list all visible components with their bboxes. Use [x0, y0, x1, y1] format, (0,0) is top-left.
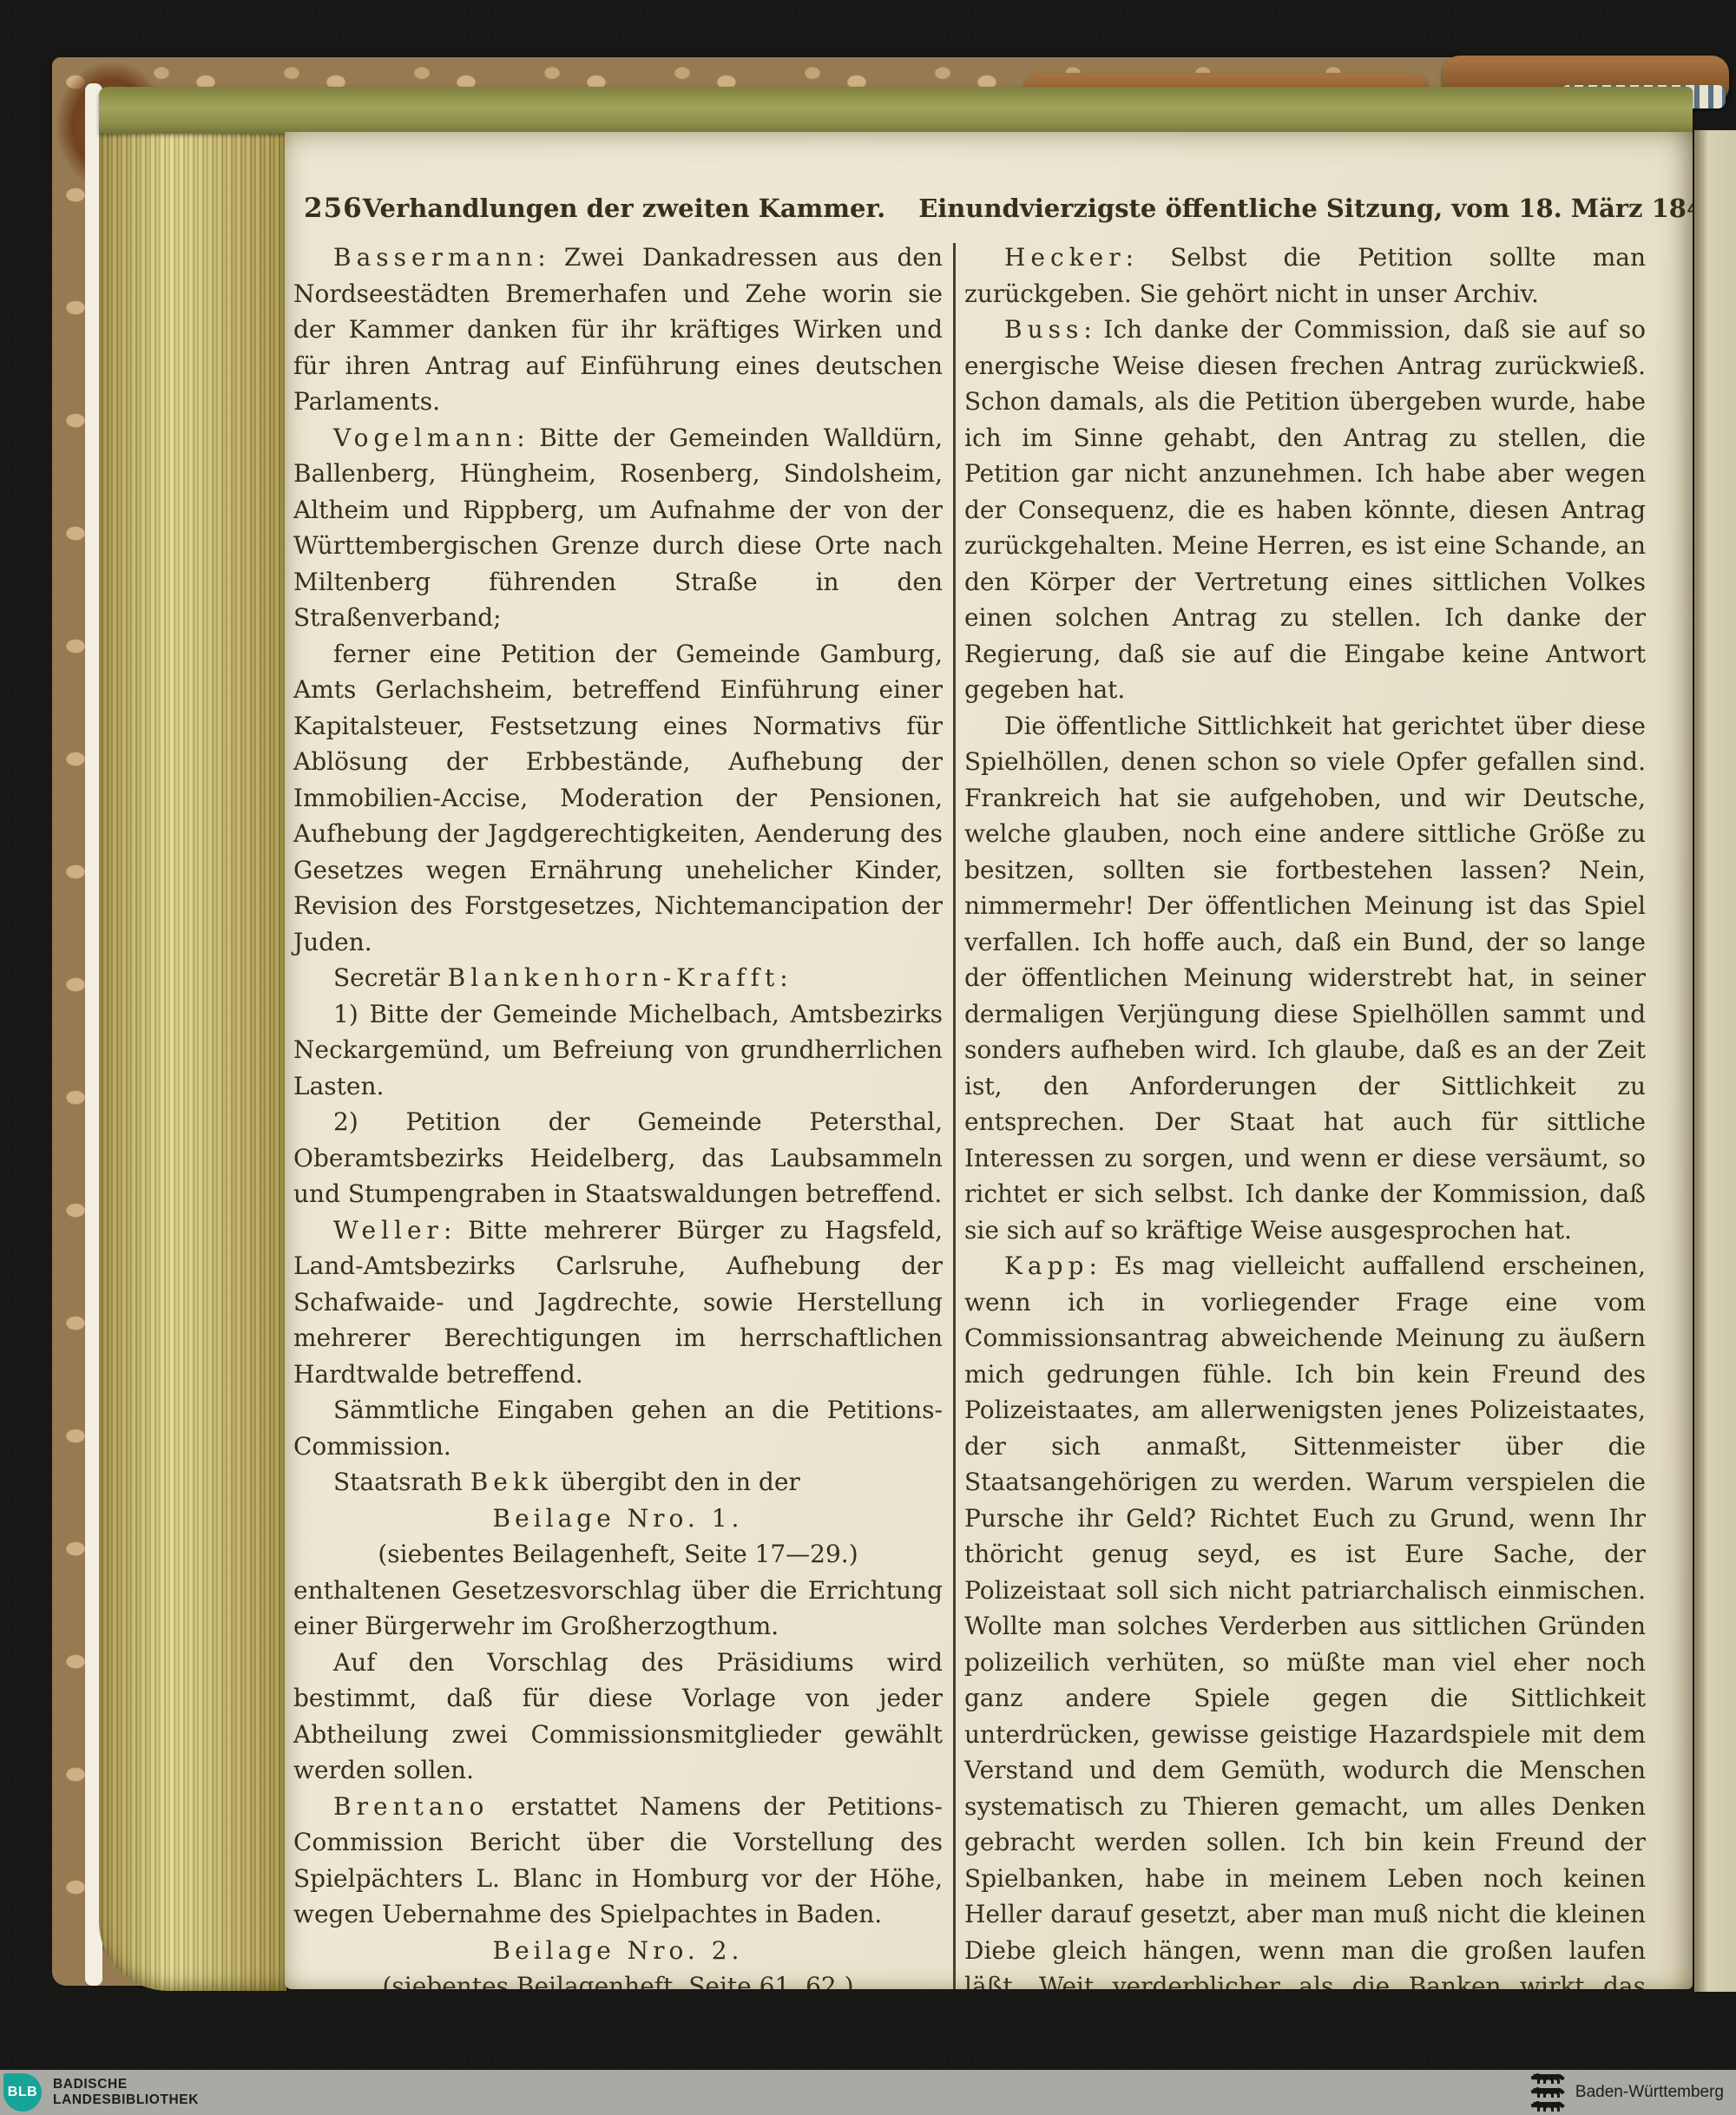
- paragraph-text: Beilage Nro. 2.: [493, 1936, 744, 1965]
- speaker-name: Brentano: [333, 1792, 489, 1821]
- page-number: 256: [304, 193, 363, 224]
- paragraph-text: ferner eine Petition der Gemeinde Gambur…: [293, 640, 943, 956]
- speaker-name: Hecker: [1004, 243, 1126, 272]
- speaker-name: Weller: [333, 1216, 444, 1245]
- baden-wuerttemberg-coat-of-arms-icon: [1530, 2072, 1567, 2112]
- paragraph: Auf den Vorschlag des Präsidiums wird be…: [293, 1645, 943, 1789]
- column-divider: [953, 243, 956, 1989]
- paragraph-text: enthaltenen Gesetzesvorschlag über die E…: [293, 1576, 943, 1641]
- paragraph: Buss: Ich danke der Commission, daß sie …: [964, 312, 1646, 708]
- speaker-name: Vogelmann: [333, 424, 516, 452]
- paragraph-text: :: [779, 963, 787, 992]
- paragraph-text: Auf den Vorschlag des Präsidiums wird be…: [293, 1648, 943, 1785]
- paragraph-text: : Bitte der Gemeinden Walldürn, Ballenbe…: [293, 424, 943, 633]
- book-page-top-edge: [99, 87, 1693, 134]
- state-brand: Baden-Württemberg: [1530, 2072, 1736, 2112]
- paragraph-text: : Ich danke der Commission, daß sie auf …: [964, 315, 1646, 704]
- paragraph: Hecker: Selbst die Petition sollte man z…: [964, 240, 1646, 312]
- state-name: Baden-Württemberg: [1575, 2083, 1724, 2102]
- paragraph-text: : Es mag vielleicht auffallend erscheine…: [964, 1251, 1646, 1989]
- speaker-name: Bassermann: [333, 243, 537, 272]
- library-name-line2: LANDESBIBLIOTHEK: [53, 2092, 199, 2108]
- speaker-name: Blankenhorn-Krafft: [448, 963, 780, 992]
- paragraph: Secretär Blankenhorn-Krafft:: [293, 960, 943, 996]
- text-columns: Bassermann: Zwei Dankadressen aus den No…: [293, 240, 1646, 1989]
- paragraph: (siebentes Beilagenheft, Seite 17—29.): [293, 1536, 943, 1573]
- paragraph-text: (siebentes Beilagenheft, Seite 17—29.): [378, 1540, 858, 1568]
- paragraph-text: 2) Petition der Gemeinde Petersthal, Obe…: [293, 1107, 943, 1208]
- page-header: 256 Verhandlungen der zweiten Kammer. Ei…: [285, 132, 1693, 224]
- paragraph-text: Die öffentliche Sittlichkeit hat gericht…: [964, 712, 1646, 1245]
- speaker-name: Kapp: [1004, 1251, 1088, 1280]
- speaker-prefix: Secretär: [333, 963, 448, 992]
- paragraph: Bassermann: Zwei Dankadressen aus den No…: [293, 240, 943, 420]
- book-gutter-page: [1694, 130, 1736, 1992]
- paragraph: Staatsrath Bekk übergibt den in der: [293, 1464, 943, 1501]
- running-title: Verhandlungen der zweiten Kammer. Einund…: [363, 194, 1693, 223]
- paragraph: 1) Bitte der Gemeinde Michelbach, Amtsbe…: [293, 996, 943, 1105]
- paragraph: Vogelmann: Bitte der Gemeinden Walldürn,…: [293, 420, 943, 636]
- blb-logo-text: BLB: [8, 2085, 37, 2100]
- paragraph-text: Sämmtliche Eingaben gehen an die Petitio…: [293, 1396, 943, 1461]
- running-title-left: Verhandlungen der zweiten Kammer.: [363, 194, 885, 223]
- paragraph: Weller: Bitte mehrerer Bürger zu Hagsfel…: [293, 1212, 943, 1393]
- paragraph: (siebentes Beilagenheft, Seite 61, 62 ): [293, 1968, 943, 1989]
- paragraph-text: Beilage Nro. 1.: [493, 1504, 744, 1533]
- paragraph: Sämmtliche Eingaben gehen an die Petitio…: [293, 1392, 943, 1464]
- scanned-page: 256 Verhandlungen der zweiten Kammer. Ei…: [285, 132, 1693, 1989]
- paragraph: Beilage Nro. 1.: [293, 1501, 943, 1537]
- footer-bar: BLB BADISCHE LANDESBIBLIOTHEK Baden-Würt…: [0, 2070, 1736, 2115]
- paragraph: ferner eine Petition der Gemeinde Gambur…: [293, 636, 943, 961]
- paragraph: Brentano erstattet Namens der Petitions-…: [293, 1789, 943, 1933]
- library-name-line1: BADISCHE: [53, 2077, 199, 2092]
- paragraph: Beilage Nro. 2.: [293, 1933, 943, 1969]
- speaker-prefix: Staatsrath: [333, 1468, 470, 1496]
- left-column: Bassermann: Zwei Dankadressen aus den No…: [293, 240, 943, 1989]
- right-column: Hecker: Selbst die Petition sollte man z…: [964, 240, 1646, 1989]
- paragraph: enthaltenen Gesetzesvorschlag über die E…: [293, 1573, 943, 1645]
- running-title-right: Einundvierzigste öffentliche Sitzung, vo…: [918, 194, 1693, 223]
- paragraph-text: übergibt den in der: [553, 1468, 800, 1496]
- paragraph-text: 1) Bitte der Gemeinde Michelbach, Amtsbe…: [293, 1000, 943, 1100]
- paragraph: Kapp: Es mag vielleicht auffallend ersch…: [964, 1248, 1646, 1989]
- speaker-name: Bekk: [470, 1468, 553, 1496]
- paragraph: Die öffentliche Sittlichkeit hat gericht…: [964, 708, 1646, 1249]
- library-name: BADISCHE LANDESBIBLIOTHEK: [53, 2077, 199, 2108]
- speaker-name: Buss: [1004, 315, 1083, 344]
- paragraph-text: (siebentes Beilagenheft, Seite 61, 62 ): [382, 1972, 853, 1989]
- paragraph: 2) Petition der Gemeinde Petersthal, Obe…: [293, 1104, 943, 1212]
- blb-logo: BLB: [3, 2073, 42, 2112]
- book-page-fore-edge: [99, 89, 286, 1991]
